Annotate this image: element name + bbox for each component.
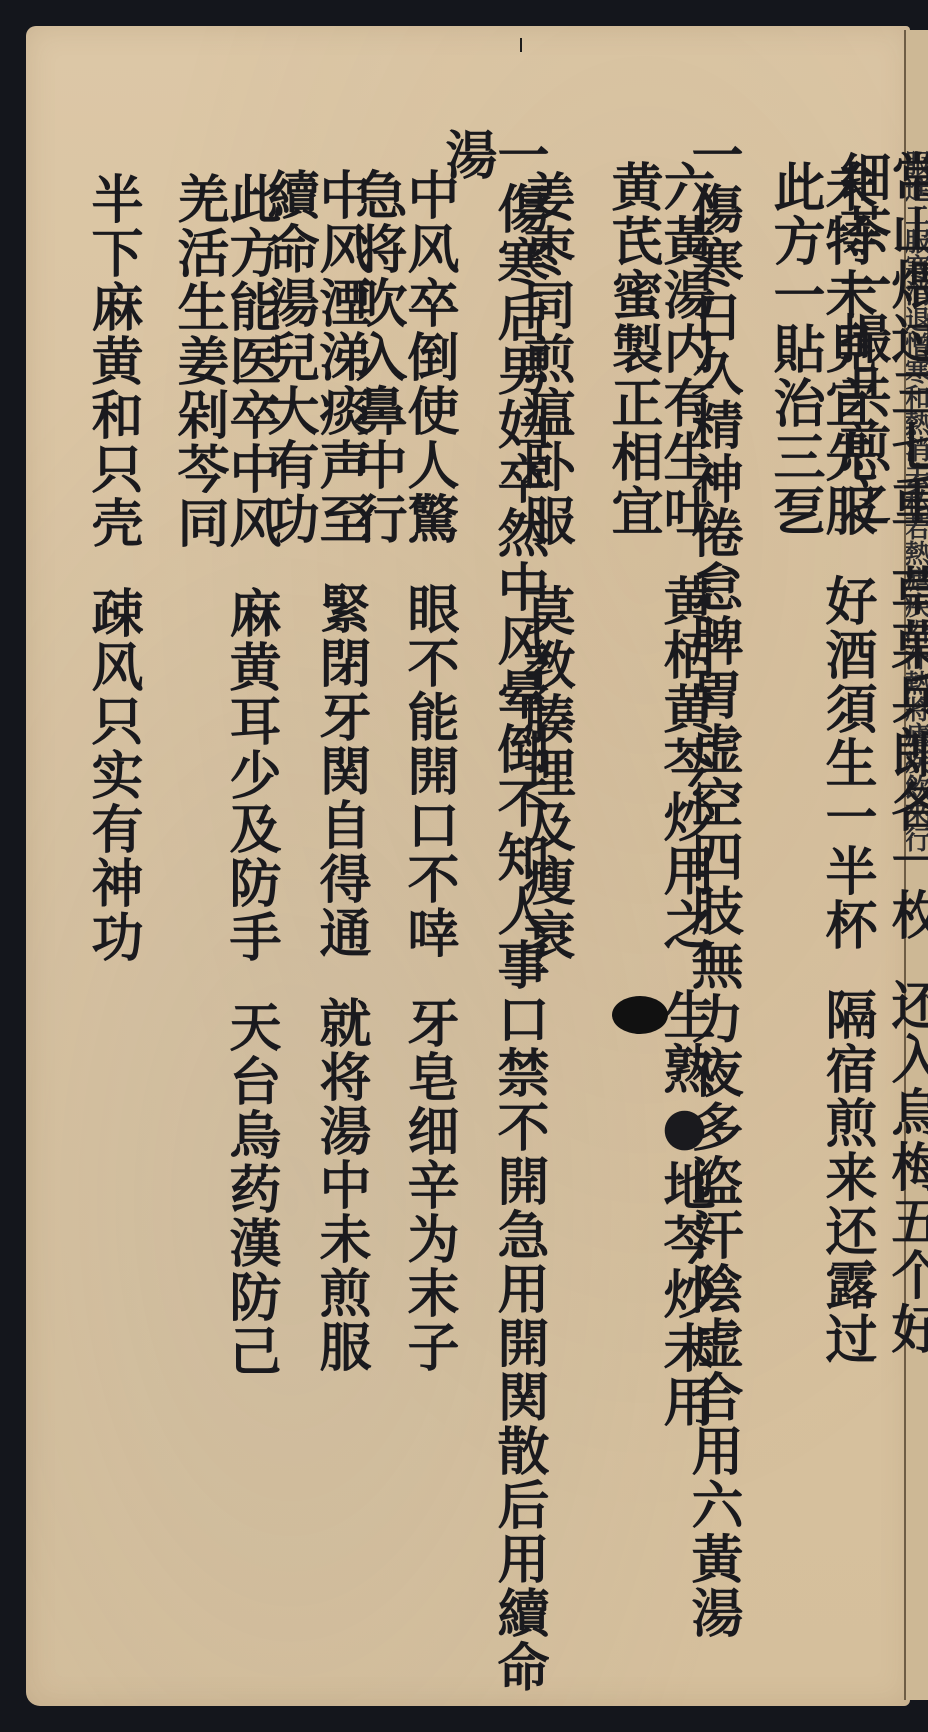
top-margin-mark xyxy=(520,38,522,52)
verse-segment: 黄栢黄芩炒用之 xyxy=(658,574,710,952)
verse-segment: 天台烏药漢防己 xyxy=(224,1000,276,1378)
verse-segment: 隔宿煎来还露过 xyxy=(820,988,872,1366)
verse-segment: 眼不能開口不啈 xyxy=(402,582,454,960)
verse-segment: 中风卒倒使人驚 xyxy=(402,168,454,546)
verse-segment: 常山煨过三七重 xyxy=(886,150,928,528)
text-column-2: 未特未見宜先服好酒須生一半杯隔宿煎来还露过此方一貼治三乭 xyxy=(768,160,872,1732)
verse-segment: 生熟●地芩炒未用 xyxy=(658,988,710,1429)
verse-segment: 未特未見宜先服 xyxy=(820,160,872,538)
text-column-10: 半下麻黄和只壳疎风只实有神功 xyxy=(86,172,138,964)
verse-segment: 黄芪蜜製正相宜 xyxy=(606,160,658,538)
verse-segment: 緊閉牙関自得通 xyxy=(314,582,366,960)
verse-segment: 中风湮涕痰声至 xyxy=(314,168,366,546)
verse-segment: 疎风只实有神功 xyxy=(86,586,138,964)
text-column-9: 此方能医卒中风麻黄耳少及防手天台烏药漢防己羌活生姜剁芩同 xyxy=(172,172,276,1732)
verse-segment: 草菓兵郎各一枚 xyxy=(886,564,928,942)
verse-segment: 麻黄耳少及防手 xyxy=(224,586,276,964)
ink-blot xyxy=(612,996,668,1034)
text-column-4: 六黃湯内有生吐黄栢黄芩炒用之生熟●地芩炒未用黄芪蜜製正相宜 xyxy=(606,160,710,1732)
verse-segment: 牙皂细辛为末子 xyxy=(402,996,454,1374)
verse-segment: 六黃湯内有生吐 xyxy=(658,160,710,538)
verse-segment: 就将湯中未煎服 xyxy=(314,996,366,1374)
verse-segment: 好酒須生一半杯 xyxy=(820,574,872,952)
verse-segment: 此方一貼治三乭 xyxy=(768,160,820,538)
verse-segment: 半下麻黄和只壳 xyxy=(86,172,138,550)
verse-segment: 还入烏梅五个好 xyxy=(886,978,928,1356)
verse-segment: 羌活生姜剁芩同 xyxy=(172,172,224,550)
verse-segment: 此方能医卒中风 xyxy=(224,172,276,550)
